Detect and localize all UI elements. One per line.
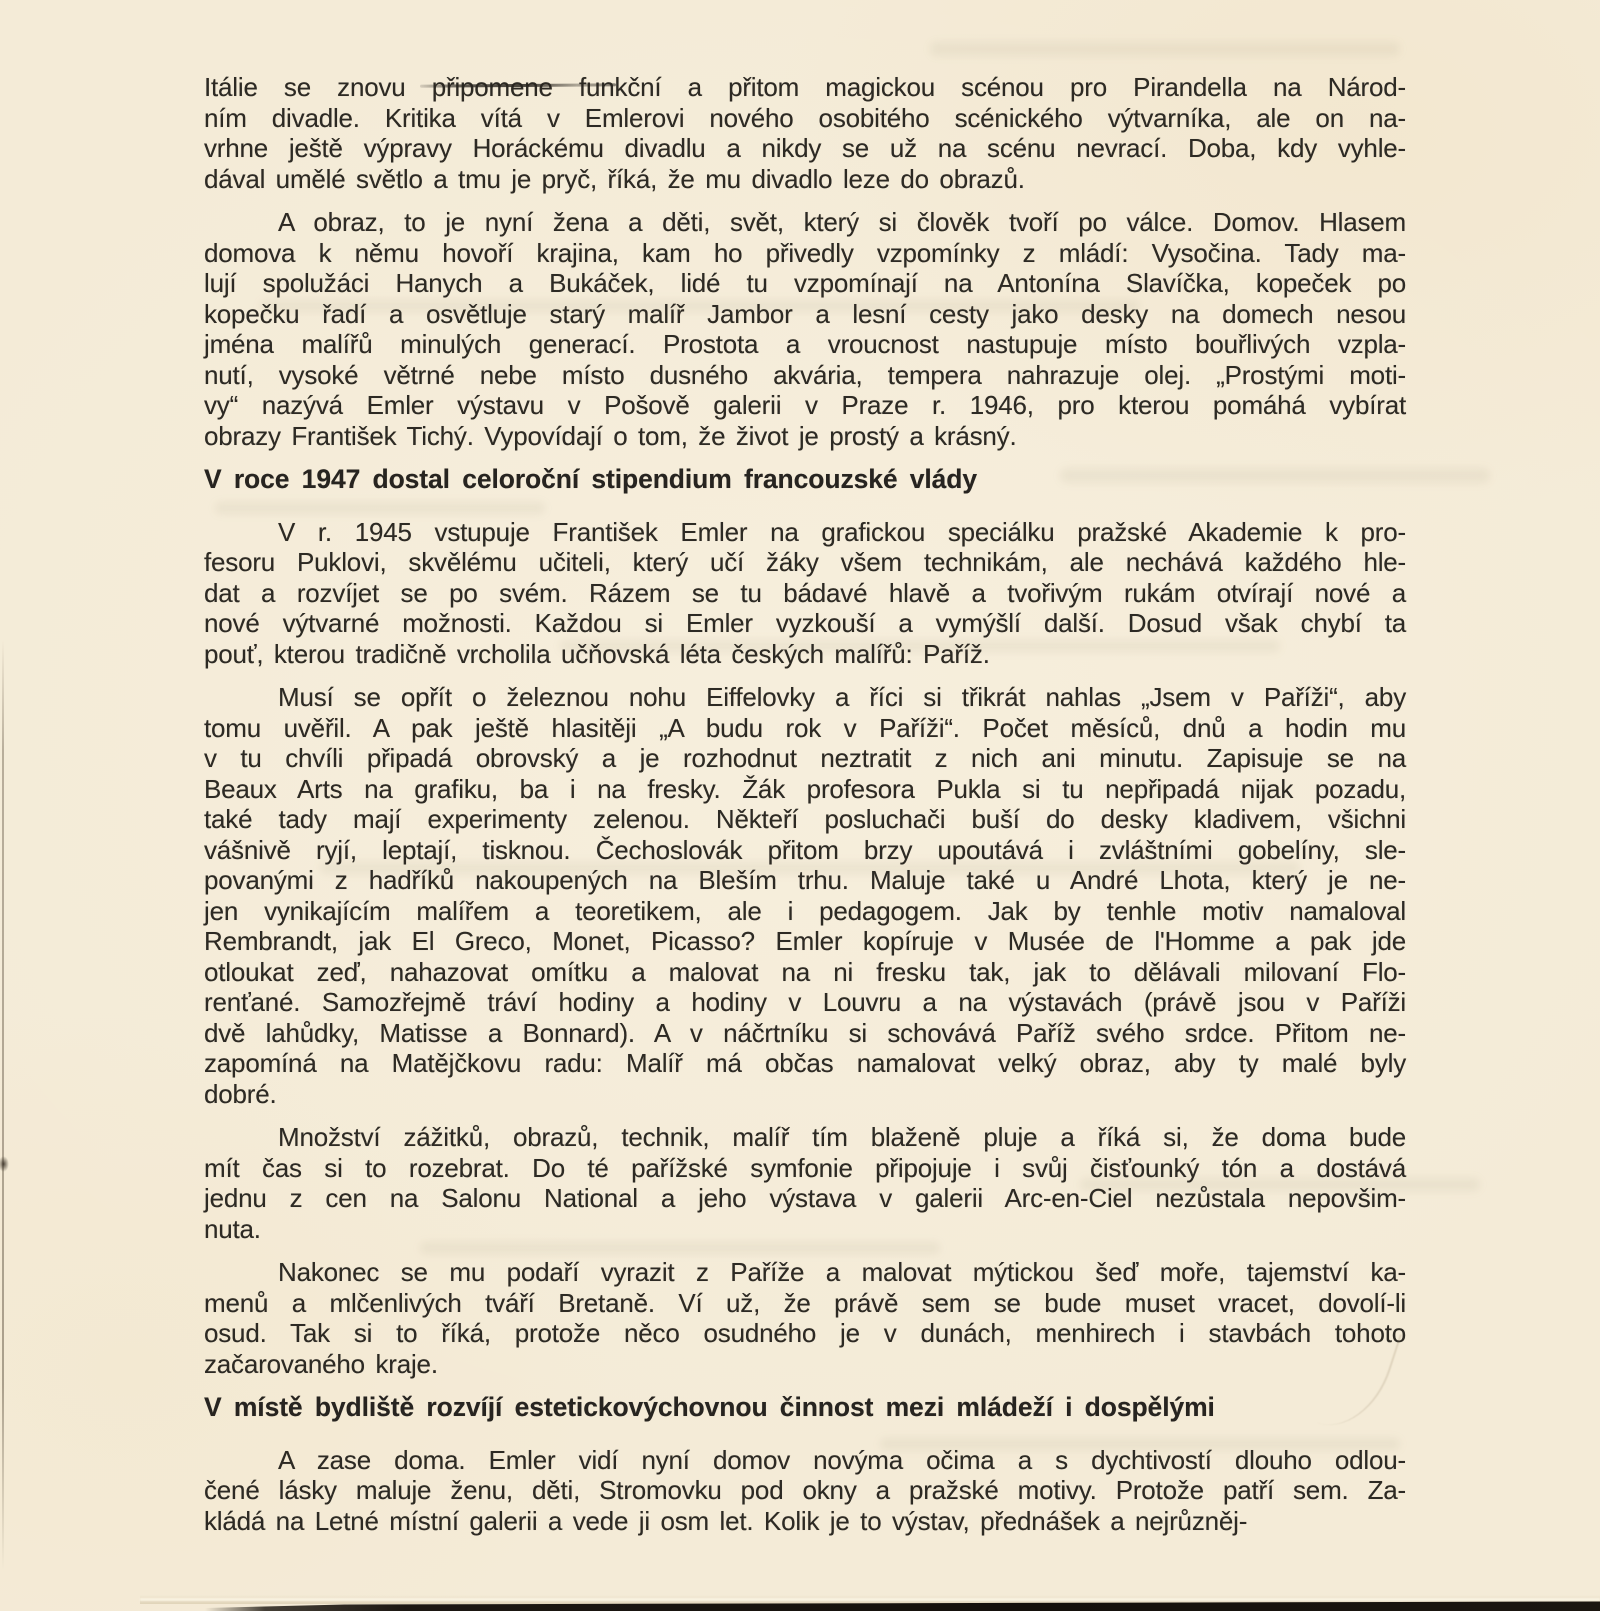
text-line: osud. Tak si to říká, protože něco osudn… [204,1318,1406,1349]
text-line: povanými z hadříků nakoupených na Bleším… [204,865,1406,896]
text-line: začarovaného kraje. [204,1349,1406,1380]
text-line: vrhne ještě výpravy Horáckému divadlu a … [204,133,1406,164]
text-line: Itálie se znovu připomene funkční a přit… [204,72,1406,103]
paragraph: Musí se opřít o železnou nohu Eiffelovky… [204,682,1406,1109]
text-line: nuta. [204,1214,1406,1245]
text-line: kopečku řadí a osvětluje starý malíř Jam… [204,299,1406,330]
text-line: čené lásky maluje ženu, děti, Stromovku … [204,1475,1406,1506]
section-heading: V roce 1947 dostal celoroční stipendium … [204,464,1406,495]
text-line: renťané. Samozřejmě tráví hodiny a hodin… [204,987,1406,1018]
text-line: kládá na Letné místní galerii a vede ji … [204,1506,1406,1537]
text-line: jen vynikajícím malířem a teoretikem, al… [204,896,1406,927]
text-line: A obraz, to je nyní žena a děti, svět, k… [204,207,1406,238]
text-line: zapomíná na Matějčkovu radu: Malíř má ob… [204,1048,1406,1079]
left-paper-edge-line [2,640,4,1570]
text-line: jména malířů minulých generací. Prostota… [204,329,1406,360]
text-line: tomu uvěřil. A pak ještě hlasitěji „A bu… [204,713,1406,744]
text-line: Rembrandt, jak El Greco, Monet, Picasso?… [204,926,1406,957]
text-column: Itálie se znovu připomene funkční a přit… [204,72,1406,1549]
text-line: vy“ nazývá Emler výstavu v Pošově galeri… [204,390,1406,421]
text-line: ním divadle. Kritika vítá v Emlerovi nov… [204,103,1406,134]
left-edge-ink-speck [0,1156,9,1172]
text-line: Beaux Arts na grafiku, ba i na fresky. Ž… [204,774,1406,805]
paragraph: A obraz, to je nyní žena a děti, svět, k… [204,207,1406,451]
paragraph: A zase doma. Emler vidí nyní domov novým… [204,1445,1406,1537]
text-line: obrazy František Tichý. Vypovídají o tom… [204,421,1406,452]
text-line: Množství zážitků, obrazů, technik, malíř… [204,1122,1406,1153]
text-line: V r. 1945 vstupuje František Emler na gr… [204,517,1406,548]
text-line: lují spolužáci Hanych a Bukáček, lidé tu… [204,268,1406,299]
text-line: dvě lahůdky, Matisse a Bonnard). A v náč… [204,1018,1406,1049]
paragraph: Nakonec se mu podaří vyrazit z Paříže a … [204,1257,1406,1379]
text-line: mít čas si to rozebrat. Do té pařížské s… [204,1153,1406,1184]
text-line: dobré. [204,1079,1406,1110]
text-line: domova k němu hovoří krajina, kam ho při… [204,238,1406,269]
text-line: menů a mlčenlivých tváří Bretaně. Ví už,… [204,1288,1406,1319]
paragraph: V r. 1945 vstupuje František Emler na gr… [204,517,1406,670]
text-line: A zase doma. Emler vidí nyní domov novým… [204,1445,1406,1476]
text-line: pouť, kterou tradičně vrcholila učňovská… [204,639,1406,670]
paragraph: Itálie se znovu připomene funkční a přit… [204,72,1406,194]
text-line: Nakonec se mu podaří vyrazit z Paříže a … [204,1257,1406,1288]
book-page: Itálie se znovu připomene funkční a přit… [0,0,1600,1611]
paragraph: Množství zážitků, obrazů, technik, malíř… [204,1122,1406,1244]
text-line: také tady mají experimenty zelenou. Někt… [204,804,1406,835]
bottom-edge-highlight [140,1598,1600,1601]
show-through-smudge [930,42,1400,56]
text-line: nutí, vysoké větrné nebe místo dusného a… [204,360,1406,391]
text-line: Musí se opřít o železnou nohu Eiffelovky… [204,682,1406,713]
text-line: vášnivě ryjí, leptají, tisknou. Čechoslo… [204,835,1406,866]
text-line: dával umělé světlo a tmu je pryč, říká, … [204,164,1406,195]
text-line: jednu z cen na Salonu National a jeho vý… [204,1183,1406,1214]
section-heading: V místě bydliště rozvíjí estetickovýchov… [204,1392,1406,1423]
text-line: nové výtvarné možnosti. Každou si Emler … [204,608,1406,639]
text-line: fesoru Puklovi, skvělému učiteli, který … [204,547,1406,578]
text-line: otloukat zeď, nahazovat omítku a malovat… [204,957,1406,988]
text-line: dat a rozvíjet se po svém. Rázem se tu b… [204,578,1406,609]
text-line: v tu chvíli připadá obrovský a je rozhod… [204,743,1406,774]
